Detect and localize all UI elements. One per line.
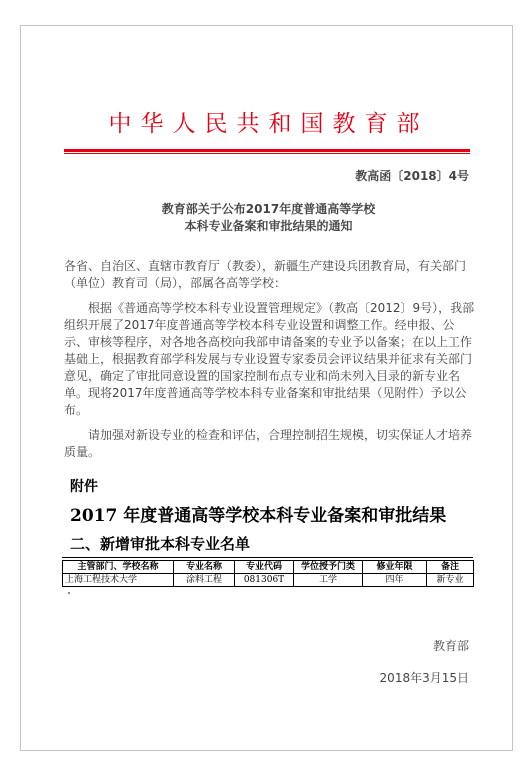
- attachment-title: 2017 年度普通高等学校本科专业备案和审批结果: [70, 505, 446, 527]
- header-duration: 修业年限: [363, 561, 427, 574]
- cell-school: 上海工程技术大学: [63, 574, 174, 587]
- document-number: 教高函〔2018〕4号: [355, 168, 469, 184]
- new-majors-table: 主管部门、学校名称 专业名称 专业代码 学位授予门类 修业年限 备注 上海工程技…: [62, 560, 474, 587]
- header-major-code: 专业代码: [235, 561, 294, 574]
- letterhead-rule-thick: [64, 149, 470, 152]
- cell-degree-category: 工学: [294, 574, 363, 587]
- request-paragraph: 请加强对新设专业的检查和评估，合理控制招生规模，切实保证人才培养质量。: [64, 427, 476, 461]
- document-heading-line-2: 本科专业备案和审批结果的通知: [6, 218, 531, 235]
- table-header-row: 主管部门、学校名称 专业名称 专业代码 学位授予门类 修业年限 备注: [63, 561, 474, 574]
- header-degree-category: 学位授予门类: [294, 561, 363, 574]
- cell-major-name: 涂料工程: [174, 574, 235, 587]
- letterhead-title: 中华人民共和国教育部: [0, 109, 531, 139]
- header-school: 主管部门、学校名称: [63, 561, 174, 574]
- issue-date: 2018年3月15日: [380, 670, 469, 686]
- header-remarks: 备注: [427, 561, 474, 574]
- stray-dot-mark: [68, 592, 70, 594]
- cell-duration: 四年: [363, 574, 427, 587]
- section-title: 二、新增审批本科专业名单: [70, 535, 250, 554]
- issuer-signature: 教育部: [433, 638, 469, 654]
- cell-remarks: 新专业: [427, 574, 474, 587]
- addressee-paragraph: 各省、自治区、直辖市教育厅（教委），新疆生产建设兵团教育局，有关部门（单位）教育…: [64, 258, 476, 292]
- section-divider: [62, 557, 473, 558]
- table-row: 上海工程技术大学 涂料工程 081306T 工学 四年 新专业: [63, 574, 474, 587]
- document-heading: 教育部关于公布2017年度普通高等学校 本科专业备案和审批结果的通知: [0, 201, 531, 235]
- main-paragraph: 根据《普通高等学校本科专业设置管理规定》（教高〔2012〕9号），我部组织开展了…: [64, 300, 476, 419]
- letterhead-rule-thin: [64, 153, 470, 154]
- attachment-label: 附件: [70, 478, 98, 496]
- cell-major-code: 081306T: [235, 574, 294, 587]
- document-heading-line-1: 教育部关于公布2017年度普通高等学校: [6, 201, 531, 218]
- header-major-name: 专业名称: [174, 561, 235, 574]
